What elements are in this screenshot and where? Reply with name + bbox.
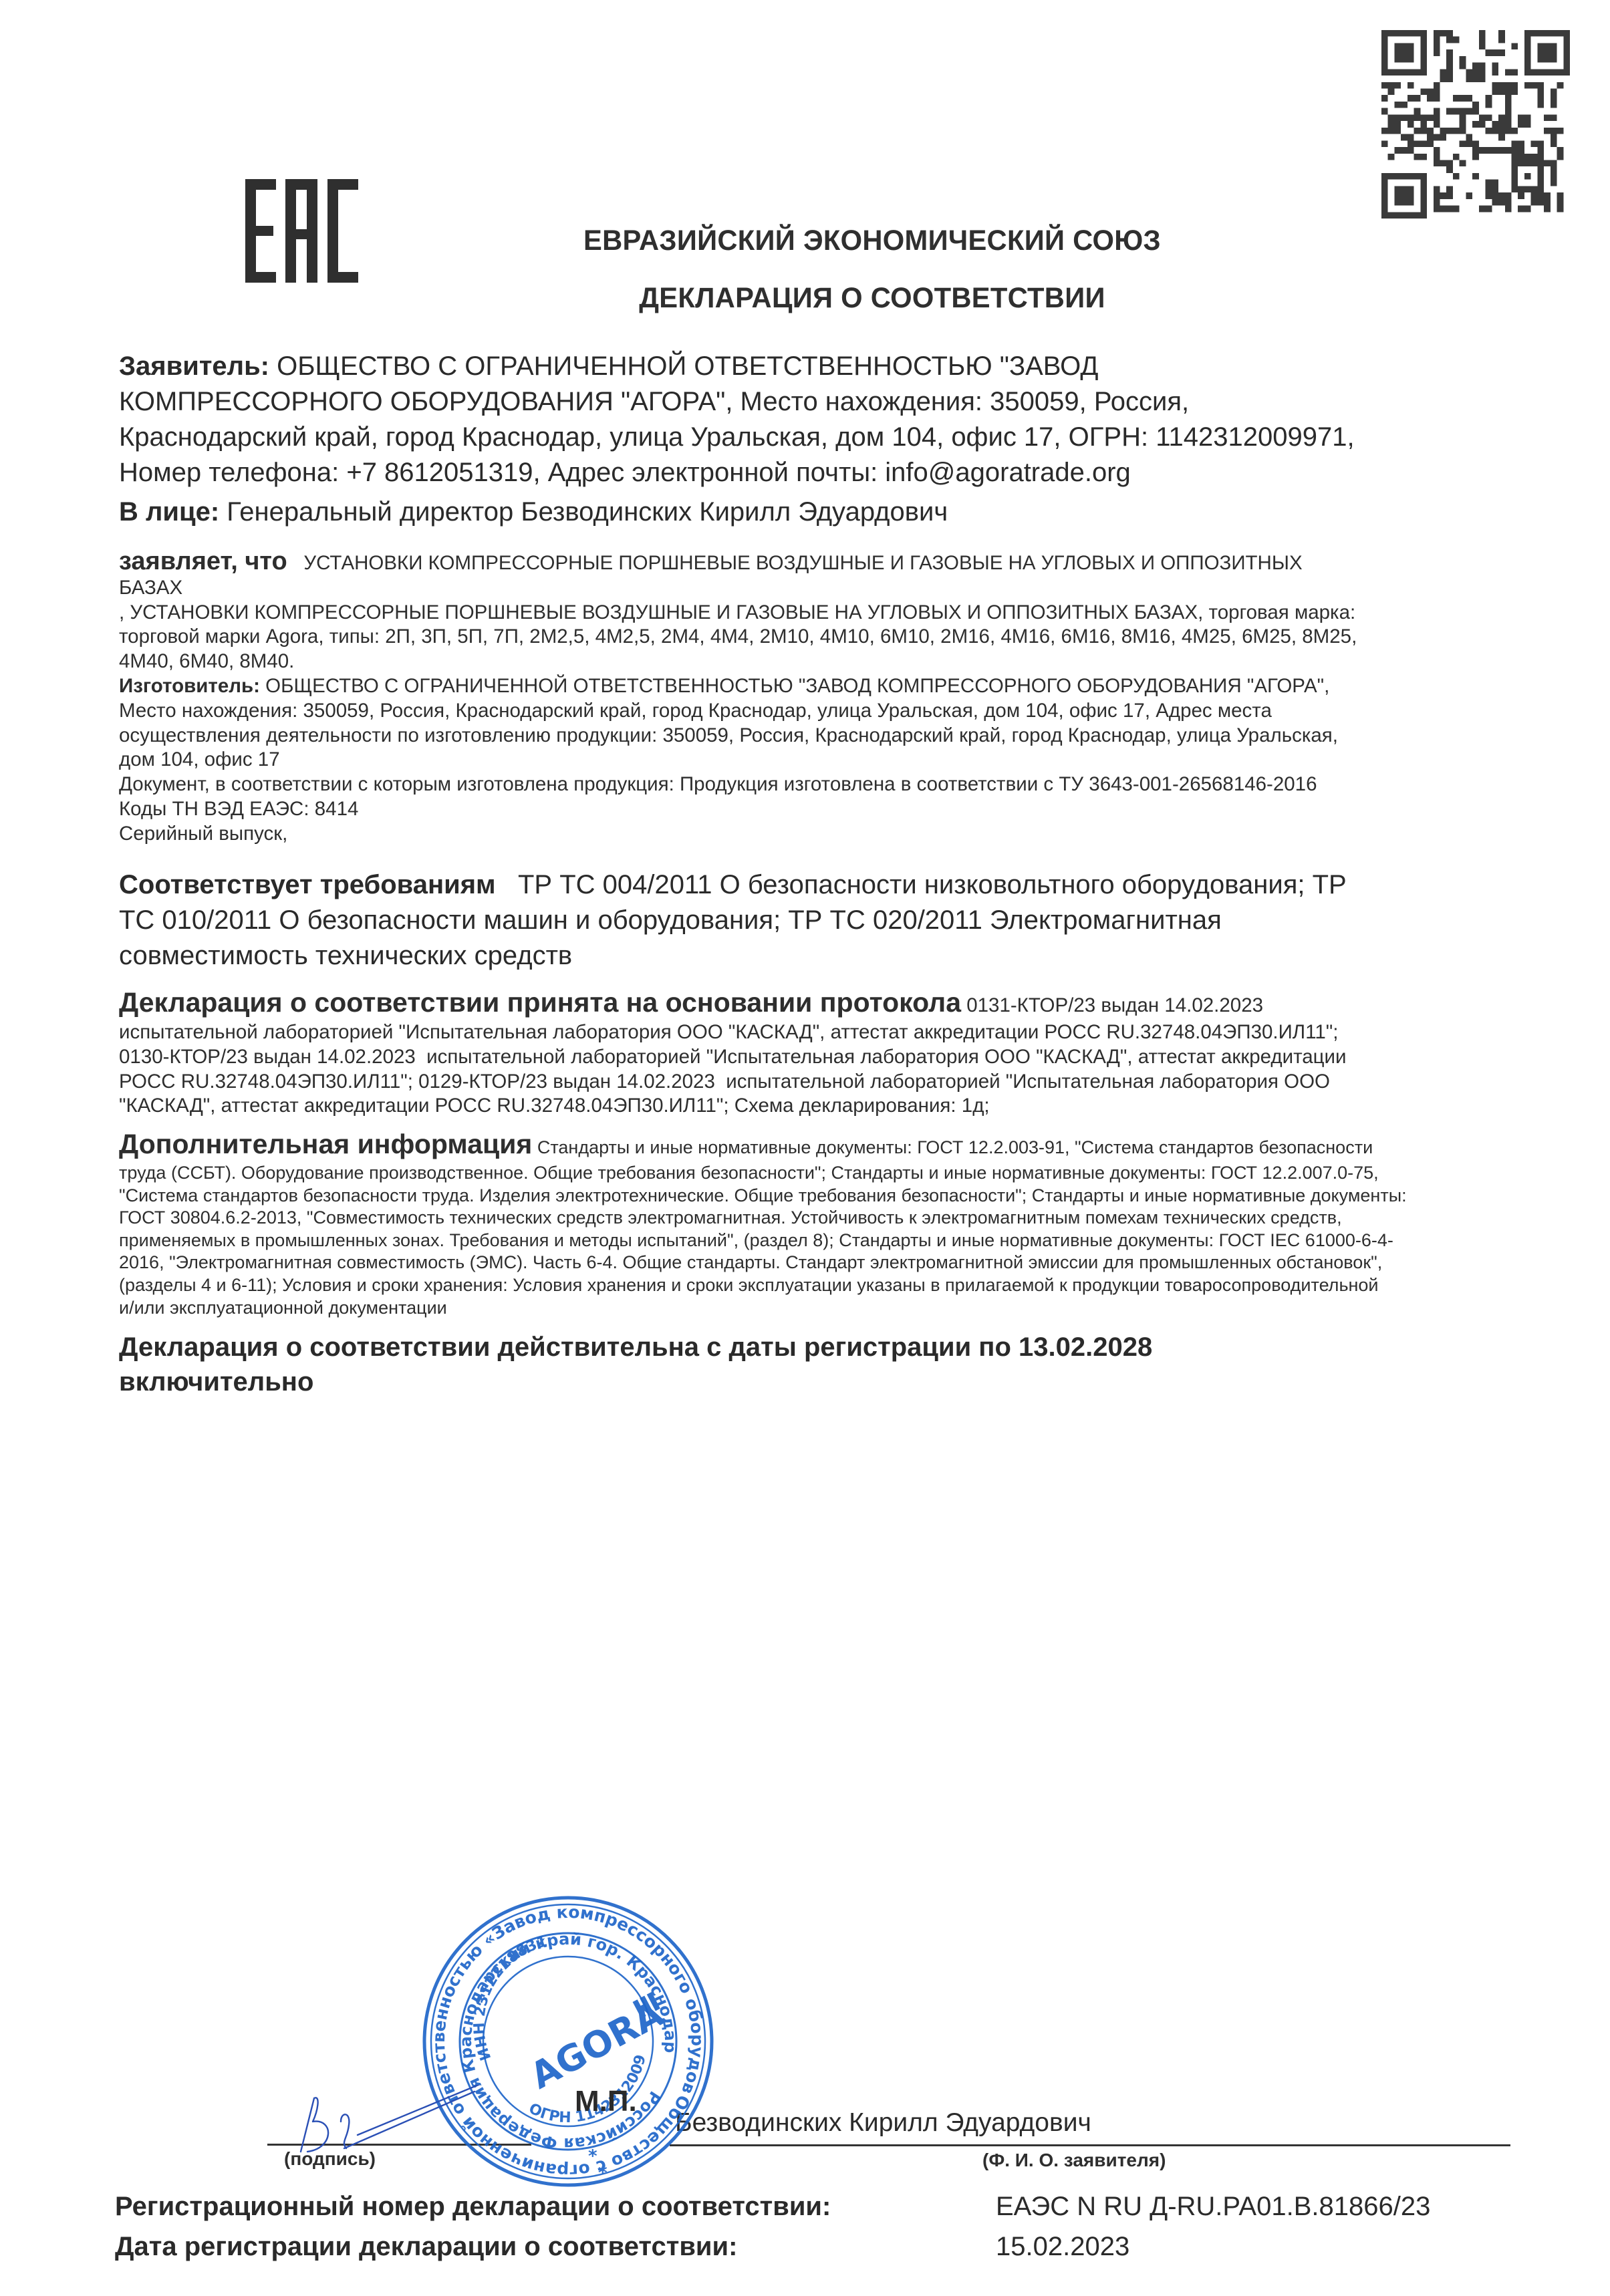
svg-text:*: * (598, 2163, 608, 2183)
additional-line: применяемых в промышленных зонах. Требов… (119, 1230, 1563, 1252)
product-line: торговой марки Agora, типы: 2П, 3П, 5П, … (119, 625, 1563, 650)
registration-date-value: 15.02.2023 (996, 2232, 1129, 2262)
manufacturer-line: Место нахождения: 350059, Россия, Красно… (119, 699, 1563, 724)
registration-number-row: Регистрационный номер декларации о соотв… (115, 2192, 831, 2222)
manufacturer-line: осуществления деятельности по изготовлен… (119, 724, 1563, 748)
additional-info-section: Дополнительная информация Стандарты и ин… (119, 1129, 1563, 1319)
complies-label: Соответствует требованиям (119, 870, 496, 899)
applicant-line: Номер телефона: +7 8612051319, Адрес эле… (119, 455, 1563, 490)
document-title: ДЕКЛАРАЦИЯ О СООТВЕТСТВИИ (149, 282, 1595, 315)
regulation-line: ТС 010/2011 О безопасности машин и обору… (119, 903, 1563, 938)
registration-date-row: Дата регистрации декларации о соответств… (115, 2232, 737, 2262)
declares-label: заявляет, что (119, 547, 287, 575)
registration-date-label: Дата регистрации декларации о соответств… (115, 2232, 737, 2261)
handwritten-signature-icon (294, 2085, 508, 2158)
applicant-line: Краснодарский край, город Краснодар, ули… (119, 420, 1563, 455)
applicant-label: Заявитель: (119, 351, 269, 381)
applicant-name: Безводинских Кирилл Эдуардович (675, 2105, 1091, 2140)
manufacturer-label: Изготовитель: (119, 675, 260, 697)
name-caption: (Ф. И. О. заявителя) (982, 2150, 1166, 2171)
svg-text:*: * (588, 2146, 597, 2166)
protocol-line: 0131-КТОР/23 выдан 14.02.2023 (961, 994, 1263, 1016)
validity-line: Декларация о соответствии действительна … (119, 1330, 1563, 1365)
product-line: 4М40, 6М40, 8М40. (119, 650, 1563, 674)
additional-line: ГОСТ 30804.6.2-2013, "Совместимость техн… (119, 1207, 1563, 1230)
declares-section: заявляет, что УСТАНОВКИ КОМПРЕССОРНЫЕ ПО… (119, 549, 1563, 847)
protocol-label: Декларация о соответствии принята на осн… (119, 987, 961, 1018)
protocol-line: РОСС RU.32748.04ЭП30.ИЛ11"; 0129-КТОР/23… (119, 1070, 1563, 1095)
product-line: БАЗАХ (119, 576, 1563, 601)
additional-line: "Система стандартов безопасности труда. … (119, 1185, 1563, 1207)
additional-line: Стандарты и иные нормативные документы: … (532, 1137, 1373, 1157)
applicant-line: ОБЩЕСТВО С ОГРАНИЧЕННОЙ ОТВЕТСТВЕННОСТЬЮ… (269, 351, 1098, 381)
protocol-section: Декларация о соответствии принята на осн… (119, 988, 1563, 1119)
protocol-line: 0130-КТОР/23 выдан 14.02.2023 испытатель… (119, 1045, 1563, 1070)
registration-number-value: ЕАЭС N RU Д-RU.РА01.В.81866/23 (996, 2192, 1430, 2222)
union-title: ЕВРАЗИЙСКИЙ ЭКОНОМИЧЕСКИЙ СОЮЗ (149, 225, 1595, 257)
stamp-mark-label: М.П. (575, 2085, 637, 2118)
complies-section: Соответствует требованиям ТР ТС 004/2011… (119, 867, 1563, 974)
applicant-section: Заявитель: ОБЩЕСТВО С ОГРАНИЧЕННОЙ ОТВЕТ… (119, 349, 1563, 530)
name-line (670, 2144, 1510, 2146)
registration-number-label: Регистрационный номер декларации о соотв… (115, 2192, 831, 2221)
manufacturer-line: дом 104, офис 17 (119, 748, 1563, 772)
validity-statement: Декларация о соответствии действительна … (119, 1330, 1563, 1399)
representative-name: Генеральный директор Безводинских Кирилл… (219, 497, 948, 527)
codes-line: Коды ТН ВЭД ЕАЭС: 8414 (119, 797, 1563, 822)
additional-line: (разделы 4 и 6-11); Условия и сроки хран… (119, 1274, 1563, 1297)
series-line: Серийный выпуск, (119, 822, 1563, 847)
applicant-line: КОМПРЕССОРНОГО ОБОРУДОВАНИЯ "АГОРА", Мес… (119, 384, 1563, 420)
additional-line: и/или эксплуатационной документации (119, 1297, 1563, 1320)
qr-code-icon (1381, 30, 1570, 219)
protocol-line: испытательной лабораторией "Испытательна… (119, 1020, 1563, 1045)
document-line: Документ, в соответствии с которым изгот… (119, 772, 1563, 797)
product-line: , УСТАНОВКИ КОМПРЕССОРНЫЕ ПОРШНЕВЫЕ ВОЗД… (119, 601, 1563, 625)
manufacturer-line: ОБЩЕСТВО С ОГРАНИЧЕННОЙ ОТВЕТСТВЕННОСТЬЮ… (260, 675, 1329, 697)
representative-label: В лице: (119, 497, 219, 527)
additional-label: Дополнительная информация (119, 1129, 532, 1159)
additional-line: труда (ССБТ). Оборудование производствен… (119, 1162, 1563, 1185)
regulation-line: ТР ТС 004/2011 О безопасности низковольт… (496, 870, 1347, 899)
additional-line: 2016, "Электромагнитная совместимость (Э… (119, 1252, 1563, 1274)
protocol-line: "КАСКАД", аттестат аккредитации РОСС RU.… (119, 1094, 1563, 1119)
validity-line: включительно (119, 1365, 1563, 1399)
product-line: УСТАНОВКИ КОМПРЕССОРНЫЕ ПОРШНЕВЫЕ ВОЗДУШ… (287, 552, 1303, 574)
regulation-line: совместимость технических средств (119, 938, 1563, 974)
